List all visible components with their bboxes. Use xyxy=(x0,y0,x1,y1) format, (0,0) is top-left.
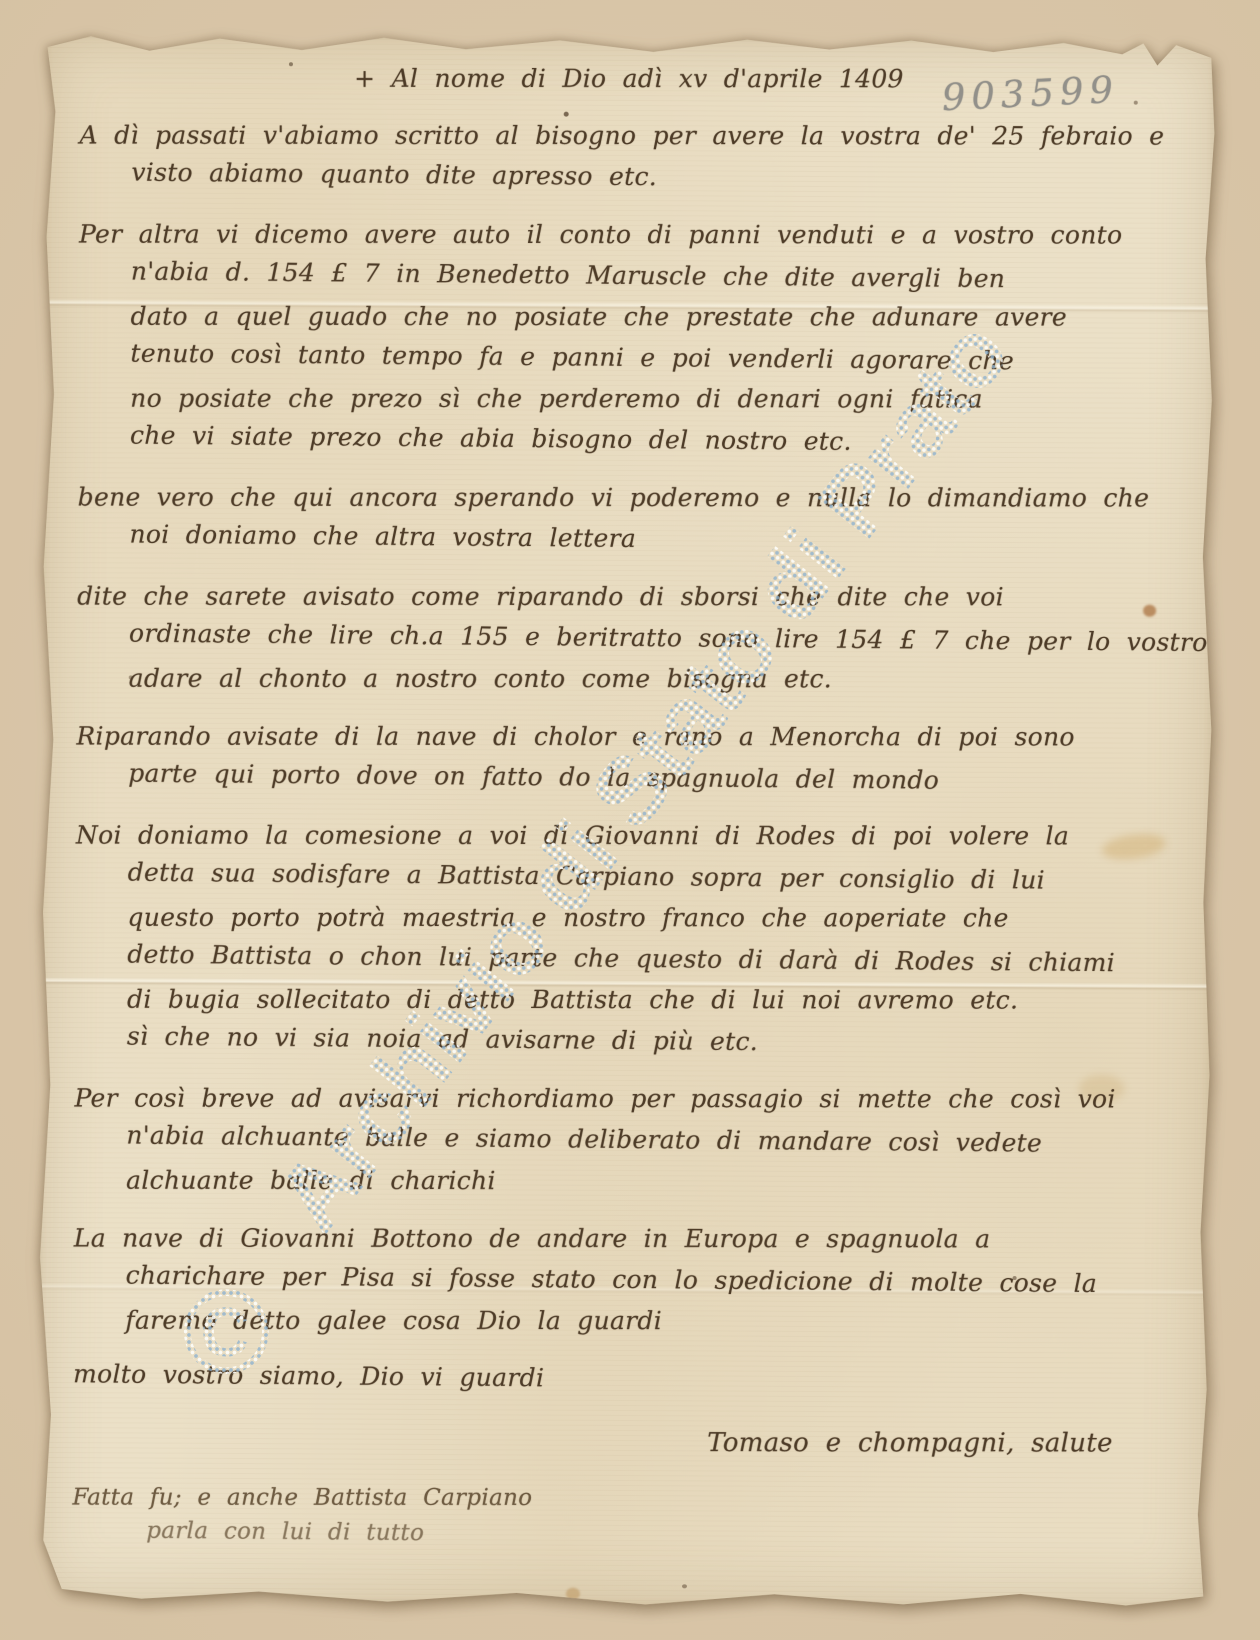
text-line: ordinaste che lire ch.a 155 e beritratto… xyxy=(129,613,1175,663)
text-line: Per altra vi dicemo avere auto il conto … xyxy=(79,214,1177,256)
paragraph-5: Riparando avisate di la nave di cholor e… xyxy=(128,713,1174,800)
bottom-stain xyxy=(566,1588,580,1600)
text-line: n'abia d. 154 £ 7 in Benedetto Maruscle … xyxy=(131,251,1177,301)
text-line: La nave di Giovanni Bottono de andare in… xyxy=(74,1218,1172,1260)
text-line: charichare per Pisa si fosse stato con l… xyxy=(125,1255,1171,1305)
paragraph-3: bene vero che qui ancora sperando vi pod… xyxy=(129,474,1175,561)
text-line: Noi doniamo la comesione a voi di Giovan… xyxy=(76,815,1174,857)
closing-line: molto vostro siamo, Dio vi guardi xyxy=(73,1353,1171,1404)
postscript-line: parla con lui di tutto xyxy=(146,1511,1170,1561)
paragraph-2: Per altra vi dicemo avere auto il conto … xyxy=(130,211,1177,462)
paper-surface: 903599 + Al nome di Dio adì xv d'aprile … xyxy=(36,33,1216,1609)
text-line: noi doniamo che altra vostra lettera xyxy=(129,514,1175,564)
postscript: Fatta fu; e anche Battista Carpiano parl… xyxy=(72,1475,1170,1559)
paragraph-7: Per così breve ad avisarvi richordiamo p… xyxy=(126,1075,1173,1203)
letter-body: + Al nome di Dio adì xv d'aprile 1409 A … xyxy=(72,55,1178,1559)
text-line: adare al chonto a nostro conto come biso… xyxy=(129,658,1175,700)
text-line: A dì passati v'abiamo scritto al bisogno… xyxy=(80,115,1178,157)
paragraph-1: A dì passati v'abiamo scritto al bisogno… xyxy=(131,112,1177,199)
text-line: tenuto così tanto tempo fa e panni e poi… xyxy=(130,333,1176,383)
text-line: alchuante balle di charichi xyxy=(126,1160,1172,1202)
paragraph-4: dite che sarete avisato come riparando d… xyxy=(129,573,1176,701)
text-line: dato a quel guado che no posiate che pre… xyxy=(131,296,1177,338)
paper-sheet: 903599 + Al nome di Dio adì xv d'aprile … xyxy=(36,33,1216,1609)
text-line: parte qui porto dove on fatto do la spag… xyxy=(128,753,1174,803)
text-line: visto abiamo quanto dite apresso etc. xyxy=(131,152,1177,202)
paragraph-8: La nave di Giovanni Bottono de andare in… xyxy=(125,1215,1172,1343)
text-line: che vi siate prezo che abia bisogno del … xyxy=(130,415,1176,465)
text-line: Riparando avisate di la nave di cholor e… xyxy=(76,716,1174,758)
text-line: Per così breve ad avisarvi richordiamo p… xyxy=(75,1078,1173,1120)
text-line: n'abia alchuante balle e siamo deliberat… xyxy=(126,1115,1172,1165)
text-line: bene vero che qui ancora sperando vi pod… xyxy=(78,477,1176,519)
text-line: sì che no vi sia noia ad avisarne di più… xyxy=(127,1016,1173,1066)
paragraph-6: Noi doniamo la comesione a voi di Giovan… xyxy=(127,812,1174,1063)
ink-speck xyxy=(682,1584,687,1588)
text-line: dite che sarete avisato come riparando d… xyxy=(77,576,1175,618)
letter-heading: + Al nome di Dio adì xv d'aprile 1409 xyxy=(80,58,1178,100)
text-line: detta sua sodisfare a Battista Carpiano … xyxy=(128,852,1174,902)
text-line: faremo detto galee cosa Dio la guardi xyxy=(125,1300,1171,1342)
text-line: questo porto potrà maestria e nostro fra… xyxy=(127,897,1173,939)
text-line: no posiate che prezo sì che perderemo di… xyxy=(130,378,1176,420)
signature: Tomaso e chompagni, salute xyxy=(73,1423,1171,1465)
text-line: di bugia sollecitato di detto Battista c… xyxy=(127,979,1173,1021)
text-line: detto Battista o chon lui parte che ques… xyxy=(127,934,1173,984)
